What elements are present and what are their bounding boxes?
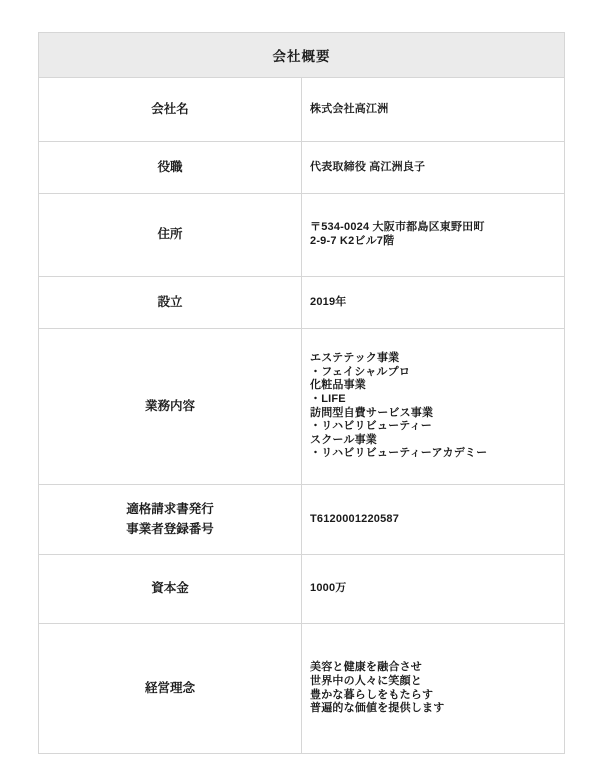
table-row: 業務内容 エステテック事業 ・フェイシャルプロ 化粧品事業 ・LIFE 訪問型自… <box>39 329 565 485</box>
table-row: 資本金 1000万 <box>39 555 565 624</box>
table-row: 経営理念 美容と健康を融合させ 世界中の人々に笑顔と 豊かな暮らしをもたらす 普… <box>39 624 565 754</box>
table-row: 適格請求書発行 事業者登録番号 T6120001220587 <box>39 485 565 555</box>
row-value-philosophy: 美容と健康を融合させ 世界中の人々に笑顔と 豊かな暮らしをもたらす 普遍的な価値… <box>302 624 565 754</box>
row-value-capital: 1000万 <box>302 555 565 624</box>
page: 会社概要 会社名 株式会社高江洲 役職 代表取締役 高江洲良子 住所 〒534-… <box>0 0 599 768</box>
row-value-invoice-number: T6120001220587 <box>302 485 565 555</box>
row-value-company-name: 株式会社高江洲 <box>302 78 565 142</box>
row-label-philosophy: 経営理念 <box>39 624 302 754</box>
table-row: 住所 〒534-0024 大阪市都島区東野田町 2-9-7 K2ビル7階 <box>39 194 565 277</box>
table-row: 設立 2019年 <box>39 277 565 329</box>
row-label-capital: 資本金 <box>39 555 302 624</box>
row-label-position: 役職 <box>39 142 302 194</box>
row-label-established: 設立 <box>39 277 302 329</box>
row-value-position: 代表取締役 高江洲良子 <box>302 142 565 194</box>
row-value-established: 2019年 <box>302 277 565 329</box>
row-label-company-name: 会社名 <box>39 78 302 142</box>
table-row: 役職 代表取締役 高江洲良子 <box>39 142 565 194</box>
table-title: 会社概要 <box>39 33 565 78</box>
row-label-business: 業務内容 <box>39 329 302 485</box>
row-label-address: 住所 <box>39 194 302 277</box>
table-header-row: 会社概要 <box>39 33 565 78</box>
row-value-business: エステテック事業 ・フェイシャルプロ 化粧品事業 ・LIFE 訪問型自費サービス… <box>302 329 565 485</box>
table-row: 会社名 株式会社高江洲 <box>39 78 565 142</box>
row-label-invoice-number: 適格請求書発行 事業者登録番号 <box>39 485 302 555</box>
company-overview-table: 会社概要 会社名 株式会社高江洲 役職 代表取締役 高江洲良子 住所 〒534-… <box>38 32 565 754</box>
row-value-address: 〒534-0024 大阪市都島区東野田町 2-9-7 K2ビル7階 <box>302 194 565 277</box>
